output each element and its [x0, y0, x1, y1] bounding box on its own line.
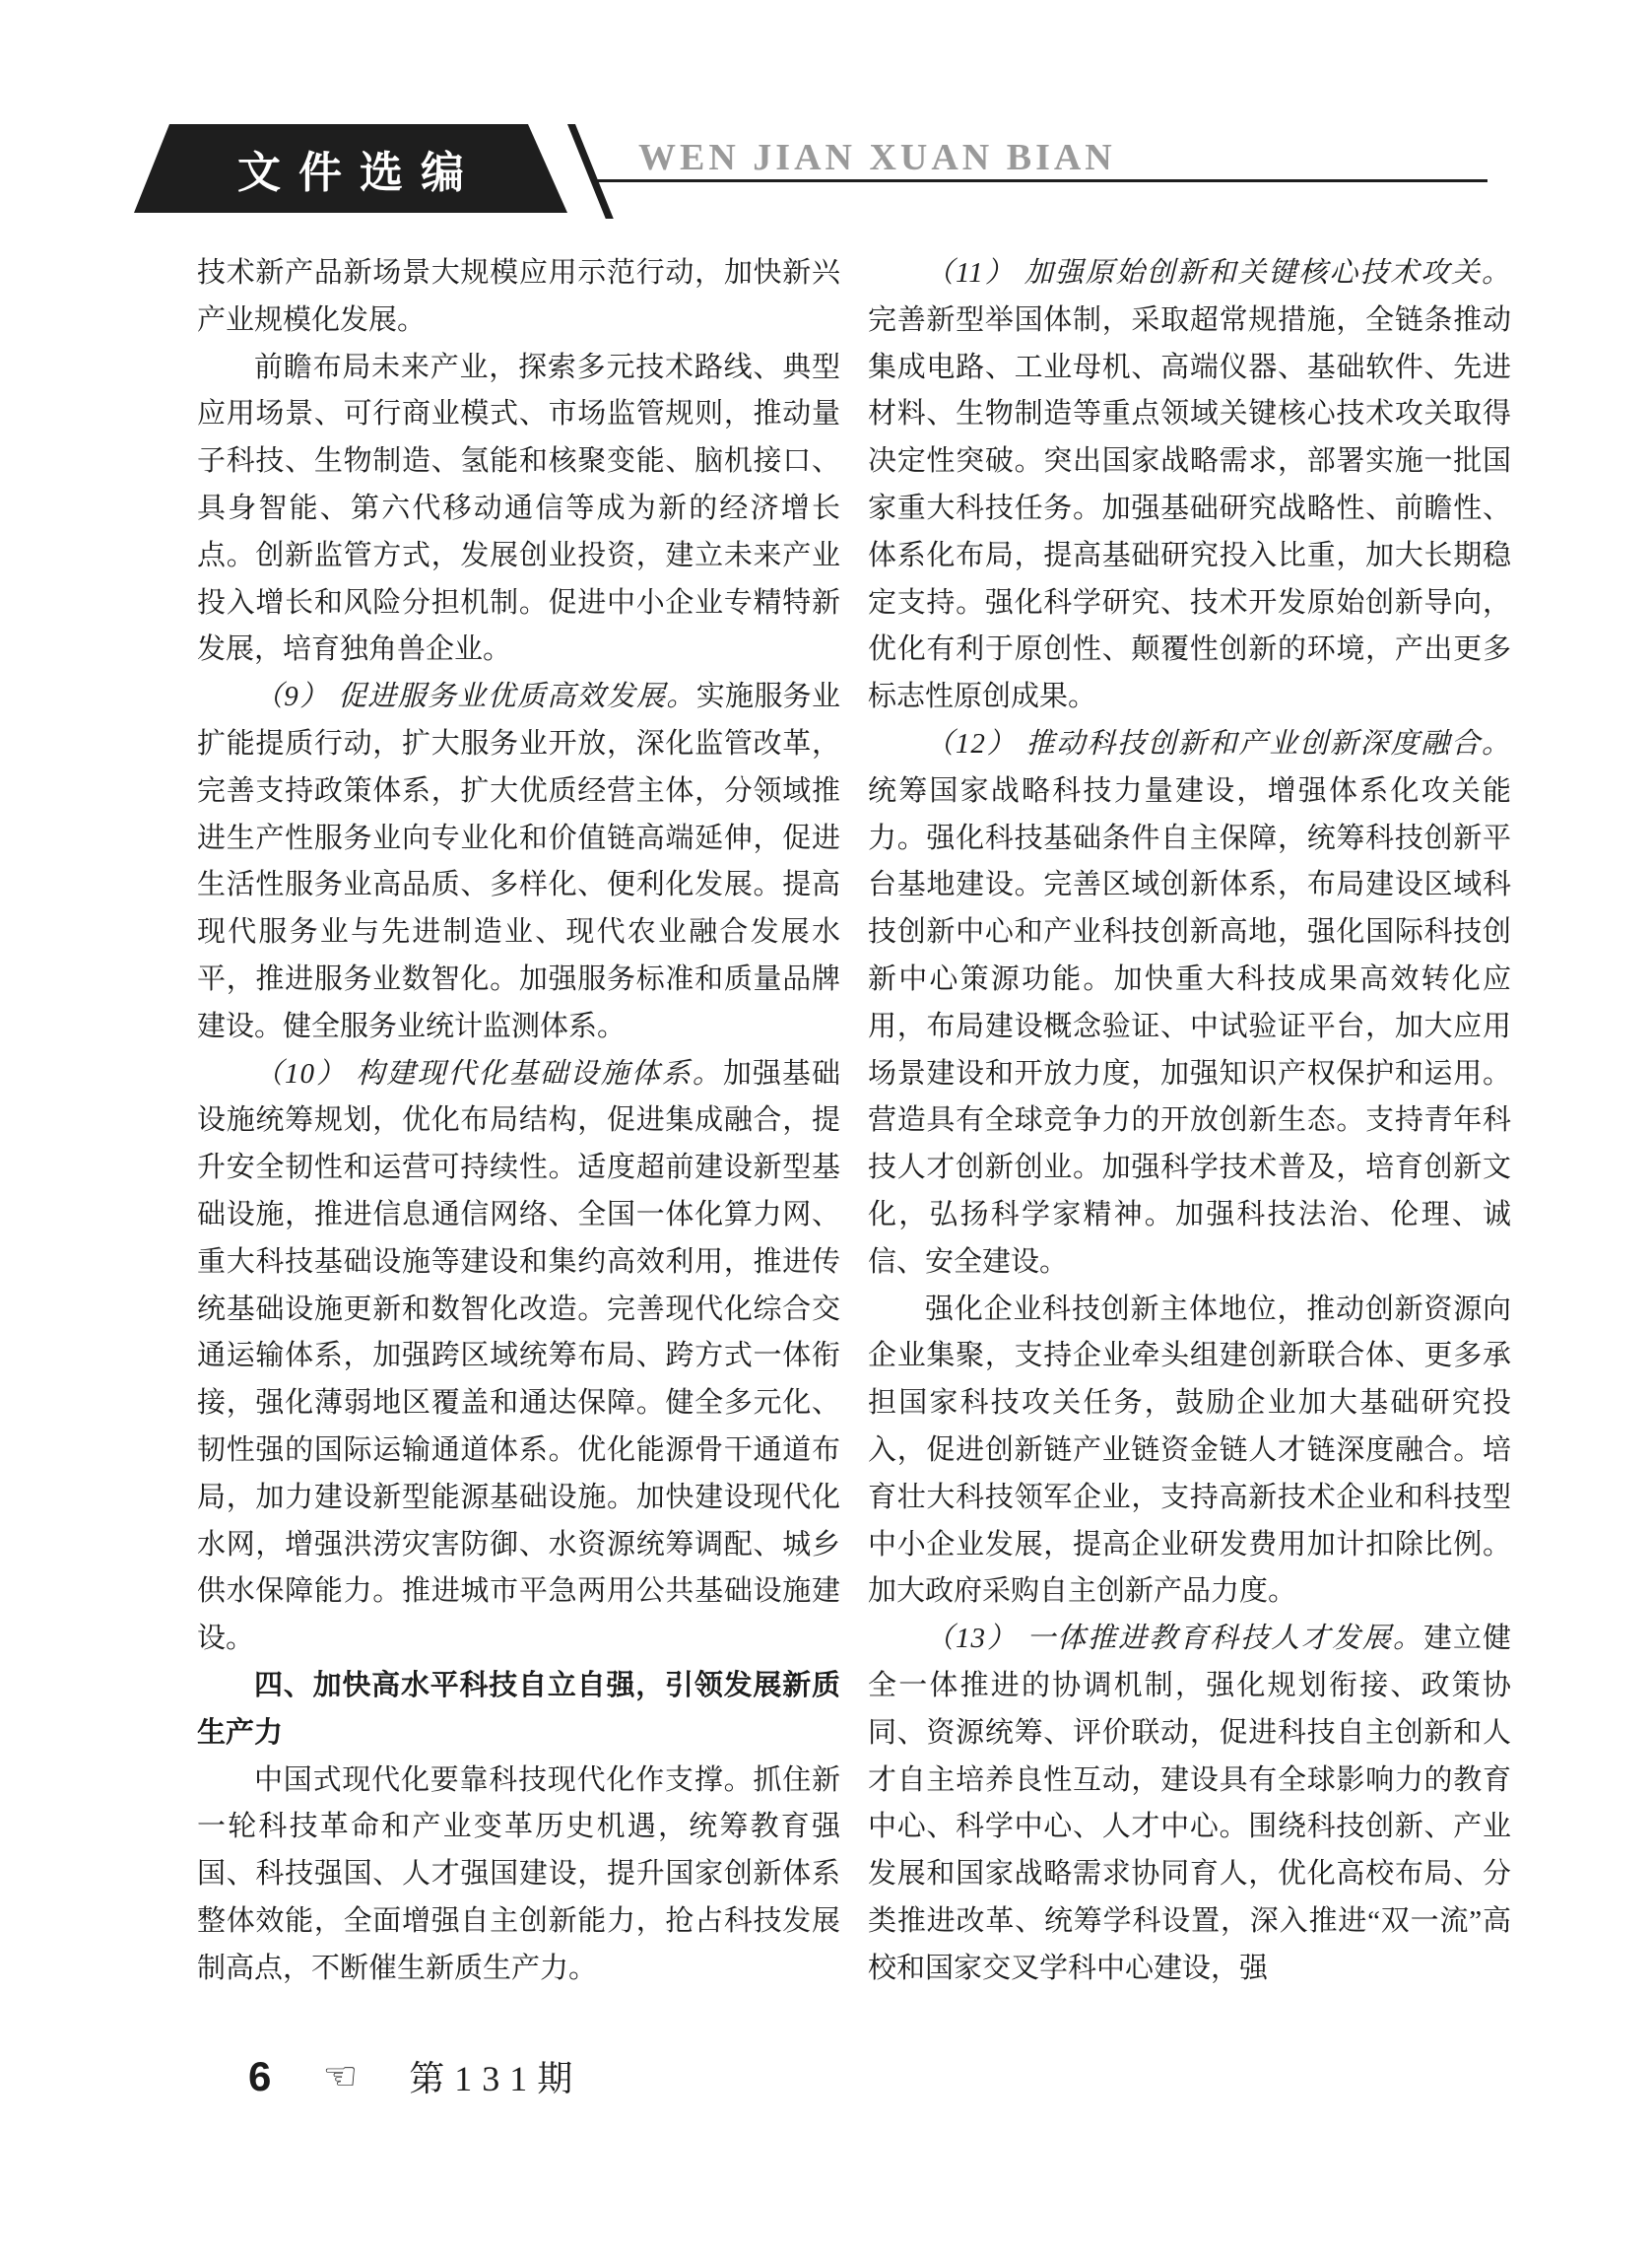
item-9-lead: （9） 促进服务业优质高效发展。 — [254, 681, 696, 712]
header-rule — [591, 179, 1487, 182]
page-footer: 6 ☜ 第131期 — [248, 2051, 582, 2101]
paragraph-item-9: （9） 促进服务业优质高效发展。实施服务业扩能提质行动，扩大服务业开放，深化监管… — [197, 674, 840, 1050]
issue-number: 第131期 — [409, 2051, 582, 2101]
article-body: 技术新产品新场景大规模应用示范行动，加快新兴产业规模化发展。 前瞻布局未来产业，… — [197, 250, 1511, 1992]
banner-pinyin: WEN JIAN XUAN BIAN — [638, 136, 1116, 179]
section-banner: 文件选编 — [134, 124, 567, 213]
section-heading-4: 四、加快高水平科技自立自强，引领发展新质生产力 — [197, 1663, 840, 1758]
item-11-body: 完善新型举国体制，采取超常规措施，全链条推动集成电路、工业母机、高端仪器、基础软… — [868, 304, 1511, 712]
paragraph-item-10: （10） 构建现代化基础设施体系。加强基础设施统筹规划，优化布局结构，促进集成融… — [197, 1051, 840, 1663]
page-number: 6 — [248, 2053, 271, 2100]
document-page: 文件选编 WEN JIAN XUAN BIAN 技术新产品新场景大规模应用示范行… — [0, 0, 1652, 2258]
item-12-body: 统筹国家战略科技力量建设，增强体系化攻关能力。强化科技基础条件自主保障，统筹科技… — [868, 775, 1511, 1278]
item-13-lead: （13） 一体推进教育科技人才发展。 — [925, 1623, 1423, 1654]
paragraph-item-11: （11） 加强原始创新和关键核心技术攻关。完善新型举国体制，采取超常规措施，全链… — [868, 250, 1511, 721]
right-column: （11） 加强原始创新和关键核心技术攻关。完善新型举国体制，采取超常规措施，全链… — [868, 250, 1511, 1992]
paragraph-item-13: （13） 一体推进教育科技人才发展。建立健全一体推进的协调机制，强化规划衔接、政… — [868, 1616, 1511, 1992]
banner-title: 文件选编 — [220, 137, 482, 200]
paragraph: 中国式现代化要靠科技现代化作支撑。抓住新一轮科技革命和产业变革历史机遇，统筹教育… — [197, 1758, 840, 1993]
left-column: 技术新产品新场景大规模应用示范行动，加快新兴产业规模化发展。 前瞻布局未来产业，… — [197, 250, 840, 1992]
pointing-hand-icon: ☜ — [322, 2057, 358, 2096]
item-9-body: 实施服务业扩能提质行动，扩大服务业开放，深化监管改革，完善支持政策体系，扩大优质… — [197, 681, 840, 1042]
paragraph-item-12: （12） 推动科技创新和产业创新深度融合。统筹国家战略科技力量建设，增强体系化攻… — [868, 721, 1511, 1287]
item-10-lead: （10） 构建现代化基础设施体系。 — [254, 1058, 723, 1090]
paragraph: 前瞻布局未来产业，探索多元技术路线、典型应用场景、可行商业模式、市场监管规则，推… — [197, 345, 840, 675]
item-11-lead: （11） 加强原始创新和关键核心技术攻关。 — [925, 257, 1511, 289]
item-12-lead: （12） 推动科技创新和产业创新深度融合。 — [925, 728, 1511, 760]
paragraph: 强化企业科技创新主体地位，推动创新资源向企业集聚，支持企业牵头组建创新联合体、更… — [868, 1287, 1511, 1617]
item-13-body: 建立健全一体推进的协调机制，强化规划衔接、政策协同、资源统筹、评价联动，促进科技… — [868, 1623, 1511, 1984]
item-10-body: 加强基础设施统筹规划，优化布局结构，促进集成融合，提升安全韧性和运营可持续性。适… — [197, 1058, 840, 1655]
paragraph-continuation: 技术新产品新场景大规模应用示范行动，加快新兴产业规模化发展。 — [197, 250, 840, 345]
banner-stripe-decoration — [567, 124, 614, 219]
